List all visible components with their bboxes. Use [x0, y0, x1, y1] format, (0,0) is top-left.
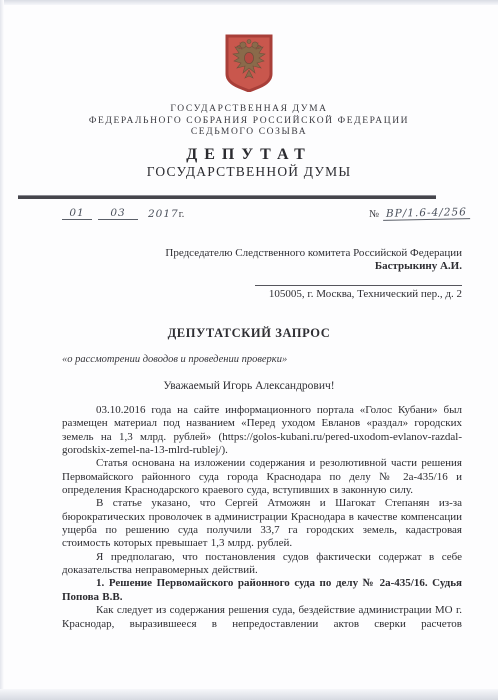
- date-suffix-label: г.: [179, 209, 184, 220]
- org-block: ГОСУДАРСТВЕННАЯ ДУМА ФЕДЕРАЛЬНОГО СОБРАН…: [0, 104, 498, 139]
- paragraph-cutoff: Как следует из содержания решения суда, …: [62, 604, 462, 631]
- address-divider: [255, 285, 462, 286]
- date-year-handwritten: 2017: [148, 208, 179, 220]
- document-page: ГОСУДАРСТВЕННАЯ ДУМА ФЕДЕРАЛЬНОГО СОБРАН…: [0, 0, 498, 700]
- deputy-subtitle: ГОСУДАРСТВЕННОЙ ДУМЫ: [0, 164, 498, 180]
- org-line-3: СЕДЬМОГО СОЗЫВА: [0, 127, 498, 139]
- paragraph: Я предполагаю, что постановления судов ф…: [62, 551, 462, 578]
- coat-of-arms-icon: [225, 34, 273, 92]
- body-text: 03.10.2016 года на сайте информационного…: [62, 404, 462, 631]
- date-day-handwritten: 01: [62, 207, 92, 220]
- deputy-title: ДЕПУТАТ: [0, 145, 498, 164]
- section-heading: 1. Решение Первомайского районного суда …: [62, 577, 462, 604]
- paragraph: В статье указано, что Сергей Атможян и Ш…: [62, 497, 462, 550]
- scan-edge-top: [0, 0, 498, 5]
- org-line-1: ГОСУДАРСТВЕННАЯ ДУМА: [0, 104, 498, 116]
- addressee-block: Председателю Следственного комитета Росс…: [0, 247, 462, 302]
- date-field: 01 03 2017 г.: [62, 207, 184, 220]
- reference-line: 01 03 2017 г. № ВР/1.6-4/256: [62, 207, 470, 220]
- deputy-title-block: ДЕПУТАТ ГОСУДАРСТВЕННОЙ ДУМЫ: [0, 145, 498, 180]
- addressee-address: 105005, г. Москва, Технический пер., д. …: [0, 288, 462, 302]
- date-month-handwritten: 03: [98, 207, 138, 220]
- salutation: Уважаемый Игорь Александрович!: [0, 380, 498, 392]
- document-number-field: № ВР/1.6-4/256: [369, 207, 470, 220]
- addressee-name: Бастрыкину А.И.: [0, 260, 462, 274]
- document-title: ДЕПУТАТСКИЙ ЗАПРОС: [0, 326, 498, 341]
- paragraph: 03.10.2016 года на сайте информационного…: [62, 404, 462, 457]
- document-subject: «о рассмотрении доводов и проведении про…: [62, 354, 498, 365]
- number-sign-label: №: [369, 209, 379, 220]
- org-line-2: ФЕДЕРАЛЬНОГО СОБРАНИЯ РОССИЙСКОЙ ФЕДЕРАЦ…: [0, 116, 498, 128]
- addressee-position: Председателю Следственного комитета Росс…: [0, 247, 462, 261]
- scan-edge-left: [0, 0, 4, 700]
- paragraph: Статья основана на изложении содержания …: [62, 457, 462, 497]
- scan-edge-bottom: [0, 689, 498, 700]
- document-number-handwritten: ВР/1.6-4/256: [383, 206, 470, 221]
- letterhead-divider: [18, 195, 436, 199]
- letterhead: ГОСУДАРСТВЕННАЯ ДУМА ФЕДЕРАЛЬНОГО СОБРАН…: [0, 0, 498, 180]
